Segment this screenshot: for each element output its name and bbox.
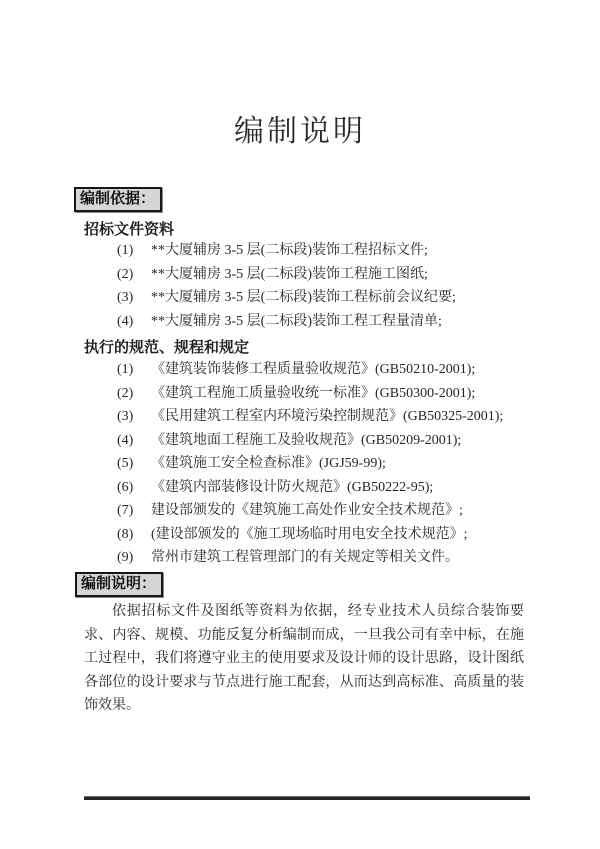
list-item: (3) 《民用建筑工程室内环境污染控制规范》(GB50325-2001); (117, 405, 560, 429)
statement-section-header: 编制说明： (75, 572, 163, 597)
document-title: 编制说明 (0, 106, 600, 150)
list-item: (5) 《建筑施工安全检查标准》(JGJ59-99); (117, 452, 560, 476)
list-item-text: 建设部颁发的《建筑施工高处作业安全技术规范》; (151, 499, 463, 519)
list-item-text: 《建筑地面工程施工及验收规范》(GB50209-2001); (151, 429, 461, 449)
list-item-number: (2) (117, 267, 141, 283)
list-item: (4) 《建筑地面工程施工及验收规范》(GB50209-2001); (117, 429, 560, 453)
list-item-number: (5) (117, 456, 141, 472)
list-item-text: **大厦辅房 3-5 层(二标段)装饰工程标前会议纪要; (151, 286, 456, 306)
list-item-text: 《建筑工程施工质量验收统一标准》(GB50300-2001); (151, 382, 475, 402)
list-item: (7) 建设部颁发的《建筑施工高处作业安全技术规范》; (117, 499, 560, 523)
list-item-text: 常州市建筑工程管理部门的有关规定等相关文件。 (151, 546, 459, 566)
list-item-text: **大厦辅房 3-5 层(二标段)装饰工程工程量清单; (151, 310, 442, 330)
list-item-number: (2) (117, 386, 141, 402)
list-item: (1) **大厦辅房 3-5 层(二标段)装饰工程招标文件; (117, 239, 560, 263)
list-item-text: 《建筑施工安全检查标准》(JGJ59-99); (151, 452, 386, 472)
standards-heading: 执行的规范、规程和规定 (84, 336, 249, 357)
list-item: (4) **大厦辅房 3-5 层(二标段)装饰工程工程量清单; (117, 310, 560, 334)
list-item-number: (4) (117, 433, 141, 449)
list-item-number: (7) (117, 503, 141, 519)
list-item-text: 《民用建筑工程室内环境污染控制规范》(GB50325-2001); (151, 405, 503, 425)
list-item-number: (1) (117, 362, 141, 378)
list-item-number: (1) (117, 243, 141, 259)
tender-docs-list: (1) **大厦辅房 3-5 层(二标段)装饰工程招标文件; (2) **大厦辅… (117, 239, 560, 333)
footer-divider (84, 796, 530, 800)
list-item: (2) 《建筑工程施工质量验收统一标准》(GB50300-2001); (117, 382, 560, 406)
list-item-number: (9) (117, 550, 141, 566)
list-item: (1) 《建筑装饰装修工程质量验收规范》(GB50210-2001); (117, 358, 560, 382)
list-item-number: (6) (117, 480, 141, 496)
list-item-text: (建设部颁发的《施工现场临时用电安全技术规范》; (151, 523, 468, 543)
tender-docs-heading: 招标文件资料 (84, 218, 174, 239)
list-item-text: 《建筑装饰装修工程质量验收规范》(GB50210-2001); (151, 358, 475, 378)
list-item: (3) **大厦辅房 3-5 层(二标段)装饰工程标前会议纪要; (117, 286, 560, 310)
list-item-text: 《建筑内部装修设计防火规范》(GB50222-95); (151, 476, 433, 496)
list-item-number: (3) (117, 290, 141, 306)
basis-section-header: 编制依据： (74, 187, 162, 212)
list-item-number: (8) (117, 527, 141, 543)
list-item: (8) (建设部颁发的《施工现场临时用电安全技术规范》; (117, 523, 560, 547)
list-item: (9) 常州市建筑工程管理部门的有关规定等相关文件。 (117, 546, 560, 570)
list-item: (6) 《建筑内部装修设计防火规范》(GB50222-95); (117, 476, 560, 500)
document-page: 编制说明 编制依据： 招标文件资料 (1) **大厦辅房 3-5 层(二标段)装… (0, 0, 600, 849)
list-item-number: (3) (117, 409, 141, 425)
statement-paragraph: 依据招标文件及图纸等资料为依据，经专业技术人员综合装饰要求、内容、规模、功能反复… (84, 600, 524, 718)
list-item-text: **大厦辅房 3-5 层(二标段)装饰工程招标文件; (151, 239, 428, 259)
list-item-text: **大厦辅房 3-5 层(二标段)装饰工程施工图纸; (151, 263, 428, 283)
list-item-number: (4) (117, 314, 141, 330)
list-item: (2) **大厦辅房 3-5 层(二标段)装饰工程施工图纸; (117, 263, 560, 287)
standards-list: (1) 《建筑装饰装修工程质量验收规范》(GB50210-2001); (2) … (117, 358, 560, 570)
